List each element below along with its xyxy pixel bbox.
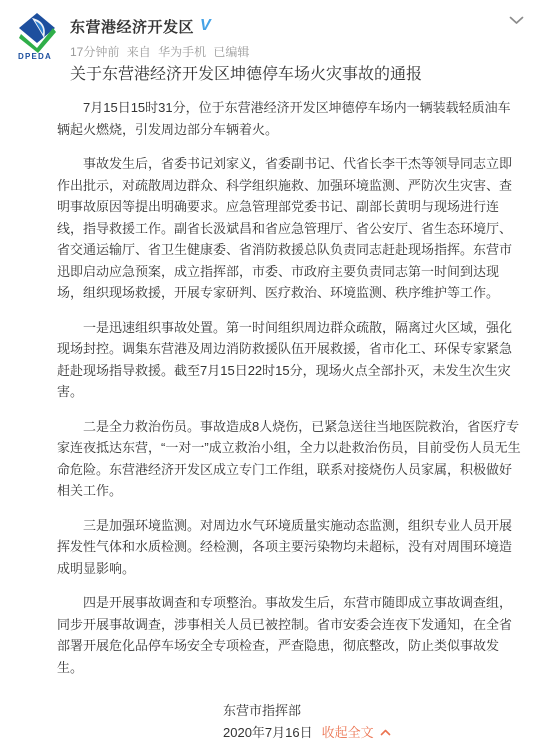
post-from-label: 来自 [127,45,151,59]
edited-label: 已编辑 [213,45,249,59]
header-info: 东营港经济开发区 V 17分钟前 来自 华为手机 已编辑 [70,16,521,57]
post-signature: 东营市指挥部 2020年7月16日收起全文 [223,700,523,743]
collapse-post-link[interactable]: 收起全文 [322,725,391,740]
post-source[interactable]: 华为手机 [158,45,206,59]
post-header: DPEDA 东营港经济开发区 V 17分钟前 来自 华为手机 已编辑 关于东营港… [0,0,537,85]
post-title: 关于东营港经济开发区坤德停车场火灾事故的通报 [70,65,521,85]
post-paragraph: 二是全力救治伤员。事故造成8人烧伤，已紧急送往当地医院救治，省医疗专家连夜抵达东… [57,416,523,502]
collapse-label: 收起全文 [322,725,374,740]
signature-date: 2020年7月16日 [223,725,313,740]
verified-badge-icon: V [200,18,211,34]
post-paragraph: 事故发生后，省委书记刘家义，省委副书记、代省长李干杰等领导同志立即作出批示，对疏… [57,153,523,304]
post-time[interactable]: 17分钟前 [70,45,119,59]
post-paragraph: 7月15日15时31分，位于东营港经济开发区坤德停车场内一辆装载轻质油车辆起火燃… [57,97,523,140]
avatar[interactable]: DPEDA [16,12,60,60]
post-meta: 17分钟前 来自 华为手机 已编辑 [70,43,521,57]
post-paragraph: 三是加强环境监测。对周边水气环境质量实施动态监测，组织专业人员开展挥发性气体和水… [57,515,523,580]
avatar-label: DPEDA [18,52,52,60]
signature-date-line: 2020年7月16日收起全文 [223,722,523,743]
author-name[interactable]: 东营港经济开发区 [70,16,194,37]
signature-name: 东营市指挥部 [223,700,523,722]
post-content: 7月15日15时31分，位于东营港经济开发区坤德停车场内一辆装载轻质油车辆起火燃… [57,97,523,743]
post-paragraph: 一是迅速组织事故处置。第一时间组织周边群众疏散，隔离过火区域，强化现场封控。调集… [57,317,523,403]
post-paragraph: 四是开展事故调查和专项整治。事故发生后，东营市随即成立事故调查组，同步开展事故调… [57,592,523,678]
chevron-down-icon[interactable] [509,16,524,25]
chevron-up-icon [380,729,391,736]
dpeda-logo-icon: DPEDA [16,12,60,60]
weibo-post: DPEDA 东营港经济开发区 V 17分钟前 来自 华为手机 已编辑 关于东营港… [0,0,537,743]
author-line: 东营港经济开发区 V [70,16,521,36]
